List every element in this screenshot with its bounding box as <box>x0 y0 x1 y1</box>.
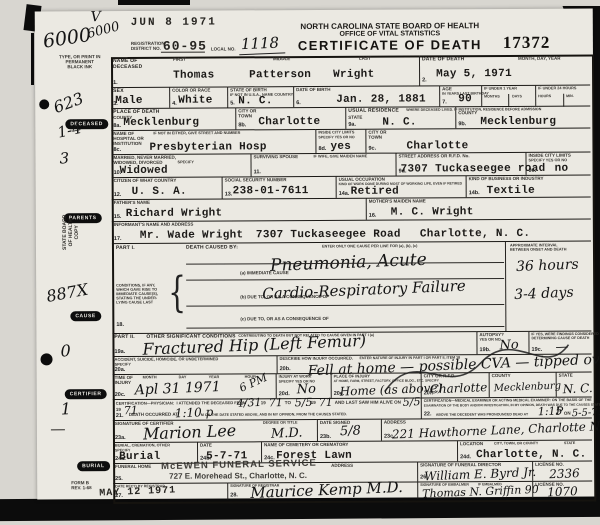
attended-to-year: 71 <box>319 396 334 410</box>
certifier-signature-value: Marion Lee <box>143 421 237 444</box>
cell-name: NAME OFDECEASED 1. FIRST MIDDLE LAST Tho… <box>111 55 419 87</box>
funeral-home-stamp: McEWEN FUNERAL SERVICE <box>161 458 317 473</box>
received-date-stamp: JUN 8 1971 <box>131 17 217 29</box>
time-of-injury-value: Apl 31 1971 <box>134 379 220 398</box>
brace: { <box>168 267 186 317</box>
certifier-address-value: 221 Hawthorne Lane, Charlotte N.C. <box>392 419 600 442</box>
tab-certifier: CERTIFIER <box>65 389 107 399</box>
registration-district-label: REGISTRATIONDISTRICT NO. <box>131 42 165 52</box>
residence-county-value: Mecklenburg <box>480 116 556 128</box>
deceased-last-name: Wright <box>333 69 374 81</box>
age-value: 90 <box>458 93 472 105</box>
hour-of-injury-value: 6 PM <box>237 371 269 395</box>
citizen-value: U. S. A. <box>132 186 187 198</box>
cell-burial-location: LOCATION CITY, TOWN, OR COUNTY STATE 24d… <box>457 440 592 462</box>
registration-underline <box>161 39 205 53</box>
due-c-label: (c) DUE TO, OR AS A CONSEQUENCE OF <box>240 317 328 322</box>
cell-race: COLOR OR RACE 4. White <box>169 86 227 107</box>
cell-embalmer-license: LICENSE NO. 1070 <box>532 481 592 498</box>
cell-date-received: DATE REC'D BY REGISTRAR 27. MAY 12 1971 <box>113 482 227 500</box>
date-of-birth-value: Jan. 28, 1881 <box>336 93 426 105</box>
state-of-birth-value: N. C. <box>238 95 273 107</box>
margin-mark-887x: 887X <box>45 280 90 306</box>
scan-edge-top-dash <box>118 0 190 5</box>
tab-burial: BURIAL <box>77 461 110 471</box>
cell-mother-name: MOTHER'S MAIDEN NAME 16. M. C. Wright <box>366 197 591 220</box>
hospital-value: Presbyterian Hosp <box>149 141 266 154</box>
local-no-label: LOCAL NO. <box>211 47 236 52</box>
cell-residence-city: CITY OR TOWN 9c. Charlotte <box>365 128 590 153</box>
cause-section: PART I. DEATH CAUSED BY: ENTER ONLY ONE … <box>112 241 591 334</box>
director-license-value: 2336 <box>549 466 580 481</box>
registrar-signature-value: Maurice Kemp M.D. <box>250 478 403 502</box>
due-b-value: Cardio-Respiratory Failure <box>262 277 466 303</box>
cell-registrar-signature: SIGNATURE OF REGISTRAR 28. Maurice Kemp … <box>227 481 417 499</box>
industry-value: Textile <box>487 185 535 197</box>
cell-injury-at-work: INJURY AT WORK SPECIFY YES OR NO 20d. No <box>276 373 331 398</box>
place-of-death-county-value: Mecklenburg <box>123 117 199 129</box>
cell-surviving-spouse: SURVIVING SPOUSE IF WIFE, GIVE MAIDEN NA… <box>250 153 395 177</box>
ssn-value: 238-01-7611 <box>233 185 309 197</box>
cell-residence-state: USUAL RESIDENCE WHERE DECEASED LIVED. IF… <box>345 106 455 129</box>
certificate-number: 17372 <box>503 33 551 53</box>
informant-city-value: Charlotte, N. C. <box>420 228 530 241</box>
scanned-death-certificate-page: V 6000 6000 JUN 8 1971 REGISTRATIONDISTR… <box>0 0 600 525</box>
cell-marital-status: MARRIED, NEVER MARRIED, WIDOWED, DIVORCE… <box>111 153 250 177</box>
marital-status-value: Widowed <box>120 165 168 177</box>
cell-certifier-address: ADDRESS 23c. 221 Hawthorne Lane, Charlot… <box>381 418 592 441</box>
certificate-paper: V 6000 6000 JUN 8 1971 REGISTRATIONDISTR… <box>35 9 596 500</box>
margin-mark-1-4: 1-4 <box>56 119 83 142</box>
street-address-value: 7307 Tuckaseegee road <box>401 163 546 176</box>
sex-value: Male <box>115 95 143 107</box>
father-name-value: Richard Wright <box>126 207 223 220</box>
cell-signature-of-certifier: SIGNATURE OF CERTIFIER 23a. Marion Lee D… <box>113 419 317 442</box>
cell-certification-physician: CERTIFICATION—PHYSICIAN: I ATTENDED THE … <box>113 397 421 420</box>
cell-director-license: LICENSE NO. 2336 <box>532 461 592 481</box>
cell-funeral-director-signature: SIGNATURE OF FUNERAL DIRECTOR 26. Willia… <box>417 461 532 482</box>
certifier-degree-value: M.D. <box>271 426 303 442</box>
cell-age: AGE IN YEARS LAST BIRTHDAY 7. 90 <box>439 85 481 106</box>
burial-location-value: Charlotte, N. C. <box>476 449 586 462</box>
cell-informant: INFORMANT'S NAME AND ADDRESS 17. Mr. Wad… <box>112 219 591 244</box>
local-no-value: 1118 <box>239 33 286 55</box>
cell-father-name: FATHER'S NAME 15. Richard Wright <box>112 198 366 221</box>
cell-date-signed: DATE SIGNED 23b. 5/8 <box>317 419 381 441</box>
cell-time-of-injury: TIME OFINJURY MONTH DAY YEAR HOUR 20c. A… <box>113 373 276 399</box>
attended-from-year: 71 <box>269 396 284 410</box>
funeral-home-stamp-address: 727 E. Morehead St., Charlotte, N. C. <box>169 471 307 481</box>
deceased-first-name: Thomas <box>173 70 214 82</box>
cell-accident-suicide: ACCIDENT, SUICIDE, HOMICIDE, OR UNDETERM… <box>113 355 277 374</box>
state-board-copy-label: STATE BOARDOF HEALTHCOPY <box>62 207 80 257</box>
cell-ssn: SOCIAL SECURITY NUMBER 13. 238-01-7611 <box>222 176 336 199</box>
attended-from-value: 4/31 <box>237 396 262 410</box>
certificate-title: CERTIFICATE OF DEATH <box>285 37 495 53</box>
residence-state-value: N. C. <box>382 116 417 128</box>
cell-occupation: USUAL OCCUPATION KIND OF WORK DONE DURIN… <box>336 175 466 198</box>
date-of-death-value: May 5, 1971 <box>436 68 512 80</box>
margin-mark-3: 3 <box>59 149 69 167</box>
type-print-note: TYPE, OR PRINT INPERMANENTBLACK INK <box>59 55 101 70</box>
cell-hospital: NAME OF HOSPITAL OR INSTITUTION IF NOT I… <box>111 129 315 154</box>
punch-dot-1 <box>39 99 49 109</box>
punch-dot-2 <box>41 353 53 365</box>
scan-edge-left-strip <box>31 33 34 85</box>
cell-inside-city-limits-2: INSIDE CITY LIMITS SPECIFY YES OR NO 9e.… <box>525 152 590 175</box>
cell-if-under-24-hours: IF UNDER 24 HOURS HOURS MIN. <box>535 85 590 106</box>
cell-street-address: STREET ADDRESS OR R.F.D. No. 9d. 7307 Tu… <box>395 152 525 176</box>
margin-mark-623: 623 <box>51 89 86 117</box>
form-number-note: FORM BREV. 1-68 <box>71 481 91 491</box>
cell-state-of-birth: STATE OF BIRTH IF NOT IN U.S.A., NAME CO… <box>227 86 293 107</box>
informant-address-value: 7307 Tuckaseegee Road <box>256 229 401 242</box>
inside-city-limits-1-value: yes <box>330 141 351 153</box>
cell-date-of-birth: DATE OF BIRTH 6. Jan. 28, 1881 <box>293 85 439 107</box>
cell-industry: KIND OF BUSINESS OR INDUSTRY 14b. Textil… <box>466 175 591 198</box>
cell-if-under-1-year: IF UNDER 1 YEAR MONTHS DAYS <box>481 85 535 106</box>
margin-dash <box>51 429 65 430</box>
inside-city-limits-2-value: no <box>555 163 569 175</box>
signature-flourish <box>376 339 576 402</box>
cell-embalmer-signature: SIGNATURE OF EMBALMER IF EMBALMED Thomas… <box>417 481 532 499</box>
deceased-middle-name: Patterson <box>249 69 311 81</box>
cell-sex: SEX 3. Male <box>111 87 169 108</box>
date-signed-value: 5/8 <box>340 423 362 439</box>
occupation-value: Retired <box>351 186 399 198</box>
margin-mark-0: 0 <box>60 341 71 360</box>
tab-cause: CAUSE <box>70 311 101 321</box>
immediate-interval-value: 36 hours <box>516 257 579 275</box>
informant-name-value: Mr. Wade Wright <box>140 229 244 242</box>
due-b-interval-value: 3-4 days <box>514 285 574 303</box>
cell-date-of-death: DATE OF DEATH MONTH, DAY, YEAR 2. May 5,… <box>419 55 590 86</box>
cell-inside-city-limits-1: INSIDE CITY LIMITS SPECIFY YES OR NO 8d.… <box>315 129 365 153</box>
residence-city-value: Charlotte <box>406 140 468 152</box>
race-value: White <box>178 95 213 107</box>
mother-name-value: M. C. Wright <box>391 206 474 218</box>
place-of-death-city-value: Charlotte <box>258 116 320 128</box>
margin-mark-1: 1 <box>60 399 71 418</box>
registrar-date-stamp: MAY 12 1971 <box>99 485 176 499</box>
cell-place-of-death-city: CITY OR TOWN 8b. Charlotte <box>235 107 345 130</box>
cell-place-of-death-county: PLACE OF DEATH COUNTY 8a. Mecklenburg <box>111 107 235 130</box>
embalmer-license-value: 1070 <box>547 484 578 499</box>
cell-citizen: CITIZEN OF WHAT COUNTRY 12. U. S. A. <box>112 176 222 199</box>
burial-type-value: Burial <box>119 451 160 463</box>
cell-residence-county: COUNTY 9b. Mecklenburg <box>455 106 590 129</box>
header-block: NORTH CAROLINA STATE BOARD OF HEALTH OFF… <box>285 21 495 53</box>
